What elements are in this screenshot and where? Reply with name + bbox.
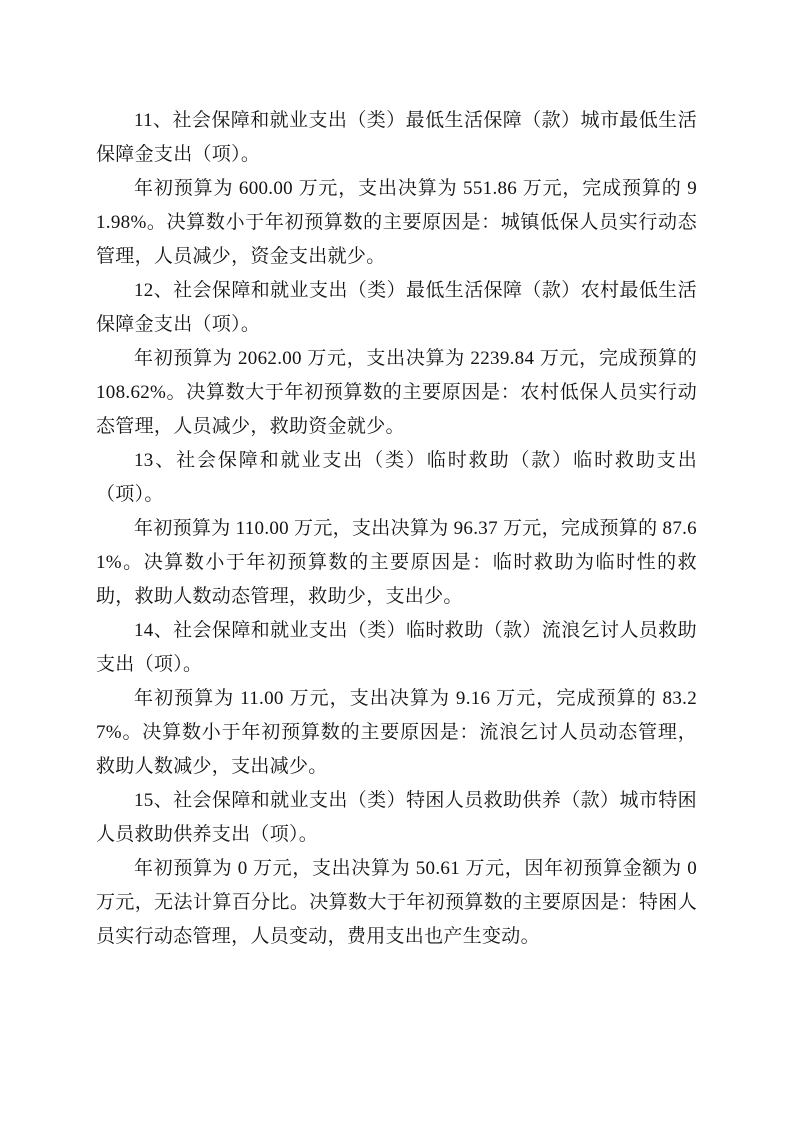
section-15-heading: 15、社会保障和就业支出（类）特困人员救助供养（款）城市特困人员救助供养支出（项…: [96, 784, 697, 852]
section-15-body: 年初预算为 0 万元，支出决算为 50.61 万元，因年初预算金额为 0 万元，…: [96, 852, 697, 954]
section-13-body: 年初预算为 110.00 万元，支出决算为 96.37 万元，完成预算的 87.…: [96, 512, 697, 614]
section-14-heading: 14、社会保障和就业支出（类）临时救助（款）流浪乞讨人员救助支出（项）。: [96, 614, 697, 682]
section-13-heading: 13、社会保障和就业支出（类）临时救助（款）临时救助支出（项）。: [96, 444, 697, 512]
section-12-body: 年初预算为 2062.00 万元，支出决算为 2239.84 万元，完成预算的 …: [96, 342, 697, 444]
section-11-heading: 11、社会保障和就业支出（类）最低生活保障（款）城市最低生活保障金支出（项）。: [96, 104, 697, 172]
document-page: 11、社会保障和就业支出（类）最低生活保障（款）城市最低生活保障金支出（项）。 …: [0, 0, 793, 1122]
section-12-heading: 12、社会保障和就业支出（类）最低生活保障（款）农村最低生活保障金支出（项）。: [96, 274, 697, 342]
section-11-body: 年初预算为 600.00 万元，支出决算为 551.86 万元，完成预算的 91…: [96, 172, 697, 274]
section-14-body: 年初预算为 11.00 万元，支出决算为 9.16 万元，完成预算的 83.27…: [96, 682, 697, 784]
